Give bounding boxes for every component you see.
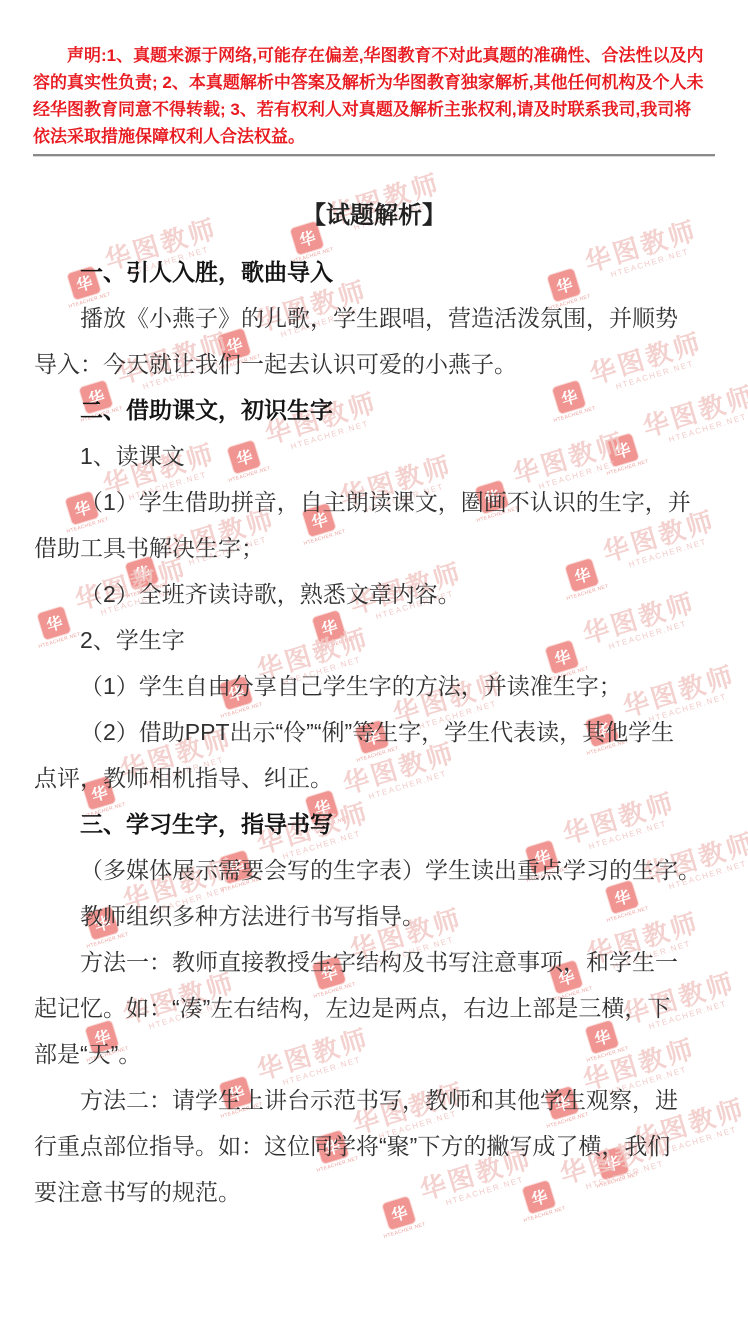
lesson-analysis-content: 一、引人入胜，歌曲导入 播放《小燕子》的儿歌，学生跟唱，营造活泼氛围，并顺势 导… (34, 249, 714, 1215)
paragraph-learn-step-2: （2）借助PPT出示“伶”“俐”等生字，学生代表读，其他学生 点评，教师相机指导… (34, 709, 714, 801)
paragraph-method-1: 方法一：教师直接教授生字结构及书写注意事项，和学生一 起记忆。如：“凑”左右结构… (34, 939, 714, 1077)
horizontal-divider (33, 154, 715, 157)
paragraph-learn-step-1: （1）学生自由分享自己学生字的方法，并读准生字； (34, 663, 714, 709)
huatu-logo-caption: HTEACHER.NET (383, 1221, 427, 1240)
paragraph-read-step-2: （2）全班齐读诗歌，熟悉文章内容。 (34, 571, 714, 617)
heading-section-3: 三、学习生字，指导书写 (34, 801, 714, 847)
document-page: 华 HTEACHER.NET 华图教师 HTEACHER.NET 华 HTEAC… (0, 0, 748, 1335)
paragraph-read-text-label: 1、读课文 (34, 433, 714, 479)
paragraph-intro-song: 播放《小燕子》的儿歌，学生跟唱，营造活泼氛围，并顺势 导入：今天就让我们一起去认… (34, 295, 714, 387)
heading-section-1: 一、引人入胜，歌曲导入 (34, 249, 714, 295)
paragraph-method-2: 方法二：请学生上讲台示范书写，教师和其他学生观察，进 行重点部位指导。如：这位同… (34, 1077, 714, 1215)
heading-section-2: 二、借助课文，初识生字 (34, 387, 714, 433)
paragraph-read-step-1: （1）学生借助拼音，自主朗读课文，圈画不认识的生字，并 借助工具书解决生字； (34, 479, 714, 571)
copyright-disclaimer: 声明:1、真题来源于网络,可能存在偏差,华图教育不对此真题的准确性、合法性以及内… (33, 42, 715, 150)
page-title: 【试题解析】 (0, 201, 748, 231)
paragraph-writing-intro-1: （多媒体展示需要会写的生字表）学生读出重点学习的生字。 (34, 847, 714, 893)
document-body: 声明:1、真题来源于网络,可能存在偏差,华图教育不对此真题的准确性、合法性以及内… (0, 42, 748, 1215)
paragraph-writing-intro-2: 教师组织多种方法进行书写指导。 (34, 893, 714, 939)
paragraph-learn-chars-label: 2、学生字 (34, 617, 714, 663)
